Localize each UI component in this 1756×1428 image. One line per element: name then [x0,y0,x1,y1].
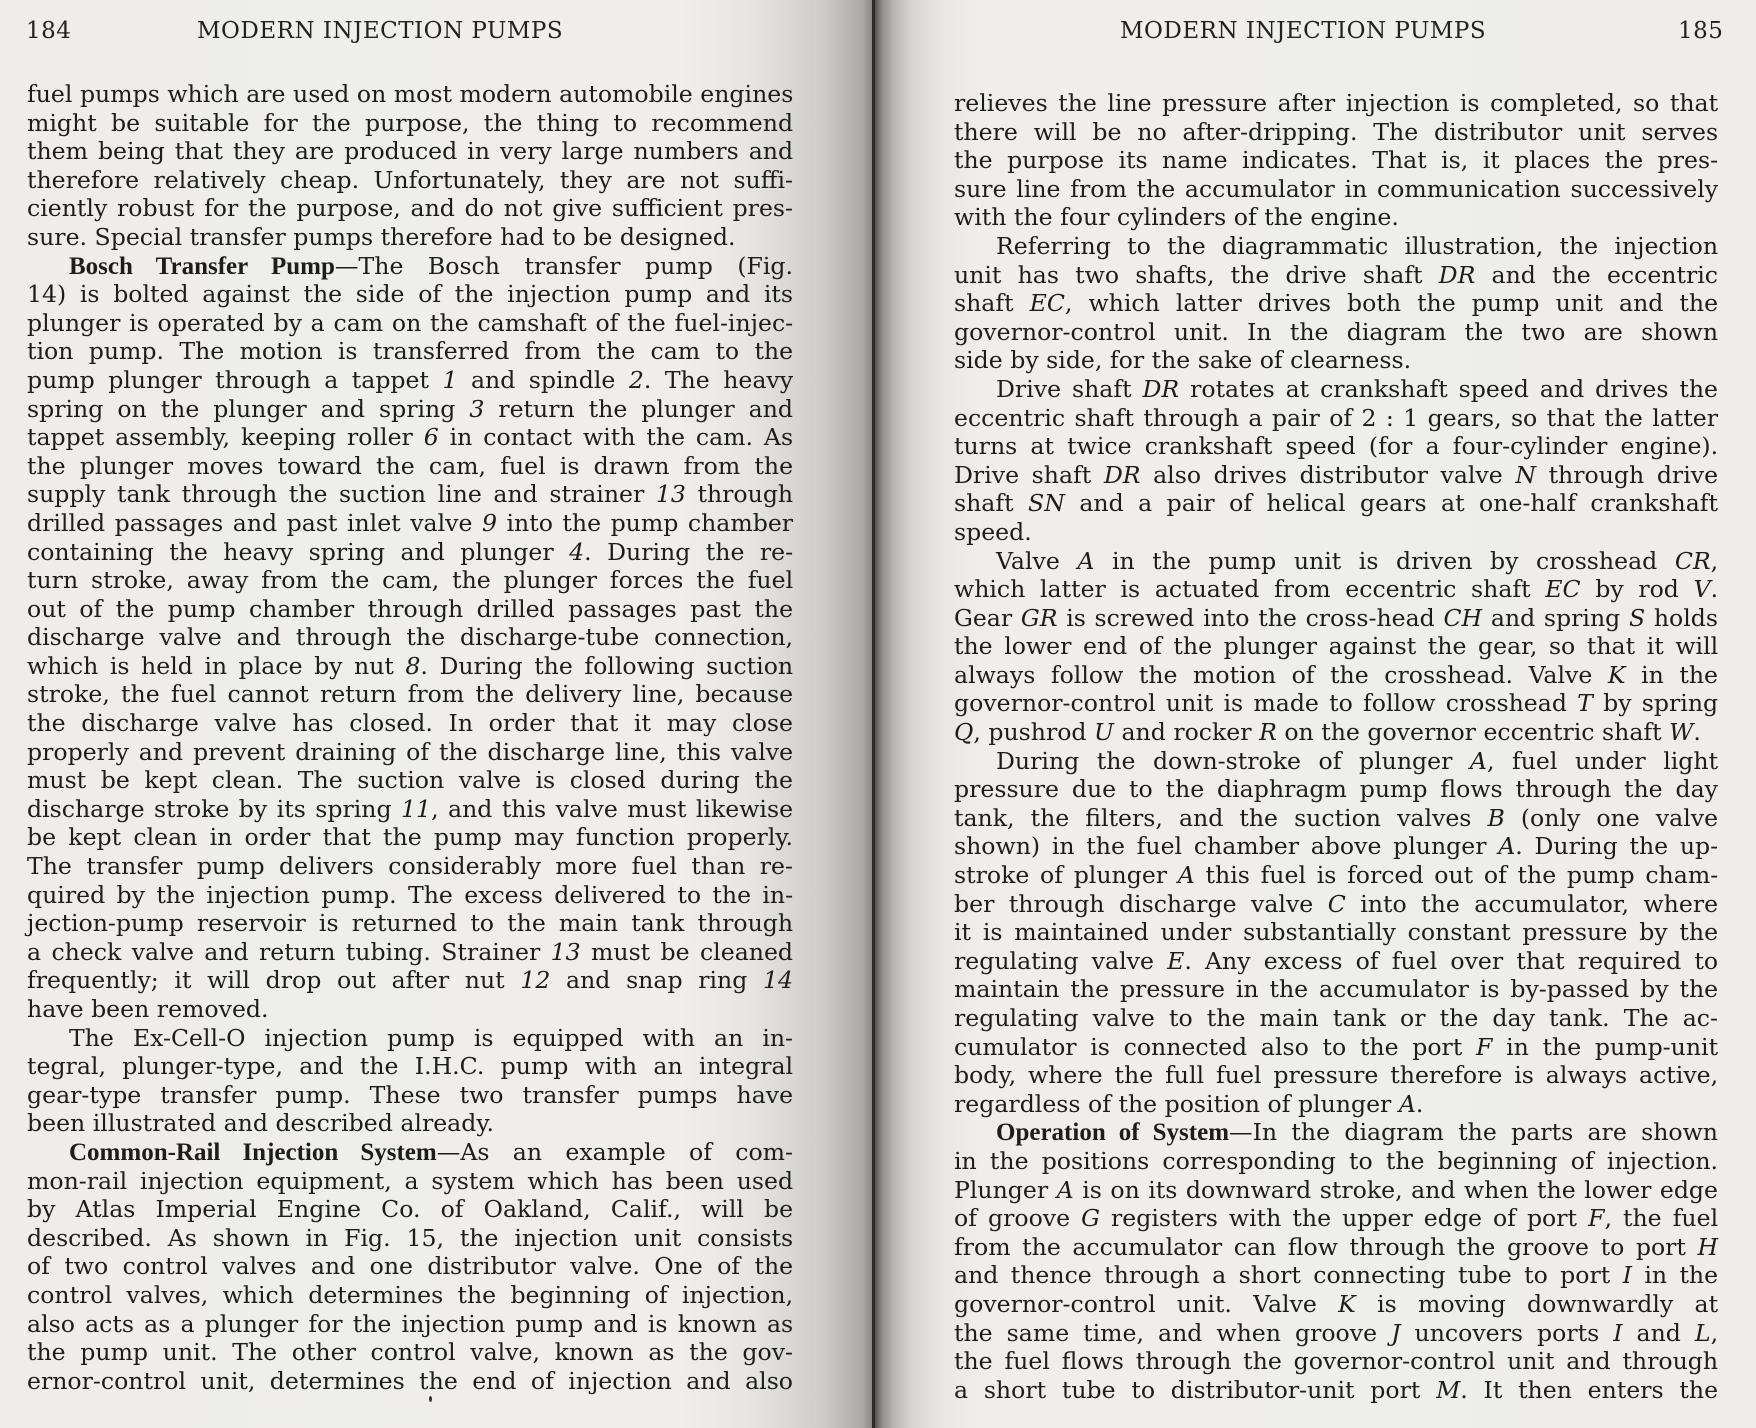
text-line: regulating valve to the main tank or the… [954,1004,1718,1033]
text-line: fuel pumps which are used on most modern… [27,80,793,109]
text-line: Bosch Transfer Pump—The Bosch transfer p… [27,252,793,281]
text-line: During the down-stroke of plunger A, fue… [954,747,1718,776]
text-line: sure line from the accumulator in commun… [954,175,1718,204]
text-line: the discharge valve has closed. In order… [27,709,793,738]
body-text: relieves the line pressure after injecti… [954,89,1718,1404]
text-line: 14) is bolted against the side of the in… [27,280,793,309]
page-number: 185 [1678,18,1723,44]
text-line: stroke, the fuel cannot return from the … [27,680,793,709]
text-line: tappet assembly, keeping roller 6 in con… [27,423,793,452]
text-line: control valves, which determines the beg… [27,1281,793,1310]
text-line: shaft EC, which latter drives both the p… [954,289,1718,318]
page-number: 184 [26,18,71,44]
text-line: frequently; it will drop out after nut 1… [27,966,793,995]
text-line: side by side, for the sake of clearness. [954,346,1718,375]
text-line: in the positions corresponding to the be… [954,1147,1718,1176]
text-line: governor-control unit. Valve K is moving… [954,1290,1718,1319]
text-line: a check valve and return tubing. Straine… [27,938,793,967]
text-line: discharge valve and through the discharg… [27,623,793,652]
text-line: maintain the pressure in the accumulator… [954,975,1718,1004]
text-line: Drive shaft DR rotates at crankshaft spe… [954,375,1718,404]
text-line: and thence through a short connecting tu… [954,1261,1718,1290]
text-line: turns at twice crankshaft speed (for a f… [954,432,1718,461]
text-line: ernor-control unit, determines the end o… [27,1367,793,1396]
text-line: be kept clean in order that the pump may… [27,823,793,852]
text-line: shown) in the fuel chamber above plunger… [954,832,1718,861]
text-line: tegral, plunger-type, and the I.H.C. pum… [27,1052,793,1081]
text-line: there will be no after-dripping. The dis… [954,118,1718,147]
text-line: cumulator is connected also to the port … [954,1033,1718,1062]
text-line: turn stroke, away from the cam, the plun… [27,566,793,595]
text-line: regardless of the position of plunger A. [954,1090,1718,1119]
text-line: them being that they are produced in ver… [27,137,793,166]
text-line: Valve A in the pump unit is driven by cr… [954,547,1718,576]
text-line: have been removed. [27,995,793,1024]
text-line: tank, the filters, and the suction valve… [954,804,1718,833]
text-line: Q, pushrod U and rocker R on the governo… [954,718,1718,747]
text-line: plunger is operated by a cam on the cams… [27,309,793,338]
text-line: governor-control unit is made to follow … [954,689,1718,718]
text-line: Drive shaft DR also drives distributor v… [954,461,1718,490]
text-line: sure. Special transfer pumps therefore h… [27,223,793,252]
text-line: from the accumulator can flow through th… [954,1233,1718,1262]
text-line: it is maintained under substantially con… [954,918,1718,947]
text-line: the pump unit. The other control valve, … [27,1338,793,1367]
left-page: 184 MODERN INJECTION PUMPS fuel pumps wh… [0,0,872,1428]
text-line: shaft SN and a pair of helical gears at … [954,489,1718,518]
text-line: spring on the plunger and spring 3 retur… [27,395,793,424]
running-head: MODERN INJECTION PUMPS [197,18,563,44]
text-line: Operation of System—In the diagram the p… [954,1118,1718,1147]
text-line: therefore relatively cheap. Unfortunatel… [27,166,793,195]
text-line: described. As shown in Fig. 15, the inje… [27,1224,793,1253]
text-line: properly and prevent draining of the dis… [27,738,793,767]
text-line: regulating valve E. Any excess of fuel o… [954,947,1718,976]
text-line: pump plunger through a tappet 1 and spin… [27,366,793,395]
text-line: with the four cylinders of the engine. [954,203,1718,232]
section-run-in-heading: Operation of System [996,1119,1229,1146]
text-line: of two control valves and one distributo… [27,1252,793,1281]
text-line: body, where the full fuel pressure there… [954,1061,1718,1090]
text-line: pressure due to the diaphragm pump flows… [954,775,1718,804]
text-line: Referring to the diagrammatic illustrati… [954,232,1718,261]
text-line: jection-pump reservoir is returned to th… [27,909,793,938]
text-line: drilled passages and past inlet valve 9 … [27,509,793,538]
text-line: stroke of plunger A this fuel is forced … [954,861,1718,890]
book-spread: 184 MODERN INJECTION PUMPS fuel pumps wh… [0,0,1756,1428]
text-line: The Ex-Cell-O injection pump is equipped… [27,1024,793,1053]
text-line: unit has two shafts, the drive shaft DR … [954,261,1718,290]
section-run-in-heading: Bosch Transfer Pump [69,253,335,280]
text-line: might be suitable for the purpose, the t… [27,109,793,138]
text-line: a short tube to distributor-unit port M.… [954,1376,1718,1405]
text-line: Gear GR is screwed into the cross-head C… [954,604,1718,633]
text-line: ber through discharge valve C into the a… [954,890,1718,919]
text-line: supply tank through the suction line and… [27,480,793,509]
text-line: been illustrated and described already. [27,1109,793,1138]
running-head: MODERN INJECTION PUMPS [1120,18,1486,44]
text-line: also acts as a plunger for the injection… [27,1310,793,1339]
text-line: which latter is actuated from eccentric … [954,575,1718,604]
text-line: Plunger A is on its downward stroke, and… [954,1176,1718,1205]
text-line: out of the pump chamber through drilled … [27,595,793,624]
text-line: tion pump. The motion is transferred fro… [27,337,793,366]
text-line: the purpose its name indicates. That is,… [954,146,1718,175]
text-line: the plunger moves toward the cam, fuel i… [27,452,793,481]
right-page: MODERN INJECTION PUMPS 185 relieves the … [872,0,1756,1428]
text-line: discharge stroke by its spring 11, and t… [27,795,793,824]
text-line: Common-Rail Injection System—As an examp… [27,1138,793,1167]
text-line: gear-type transfer pump. These two trans… [27,1081,793,1110]
text-line: which is held in place by nut 8. During … [27,652,793,681]
text-line: quired by the injection pump. The excess… [27,881,793,910]
text-line: The transfer pump delivers considerably … [27,852,793,881]
section-run-in-heading: Common-Rail Injection System [69,1139,437,1166]
text-line: containing the heavy spring and plunger … [27,538,793,567]
text-line: the fuel flows through the governor-cont… [954,1347,1718,1376]
book-spine-gutter [872,0,875,1428]
text-line: governor-control unit. In the diagram th… [954,318,1718,347]
text-line: relieves the line pressure after injecti… [954,89,1718,118]
text-line: eccentric shaft through a pair of 2 : 1 … [954,404,1718,433]
text-line: always follow the motion of the crosshea… [954,661,1718,690]
text-line: the same time, and when groove J uncover… [954,1319,1718,1348]
text-line: ciently robust for the purpose, and do n… [27,194,793,223]
text-line: must be kept clean. The suction valve is… [27,766,793,795]
print-speck [429,1396,432,1402]
text-line: the lower end of the plunger against the… [954,632,1718,661]
text-line: speed. [954,518,1718,547]
text-line: of groove G registers with the upper edg… [954,1204,1718,1233]
text-line: mon-rail injection equipment, a system w… [27,1167,793,1196]
text-line: by Atlas Imperial Engine Co. of Oakland,… [27,1195,793,1224]
body-text: fuel pumps which are used on most modern… [27,80,793,1395]
